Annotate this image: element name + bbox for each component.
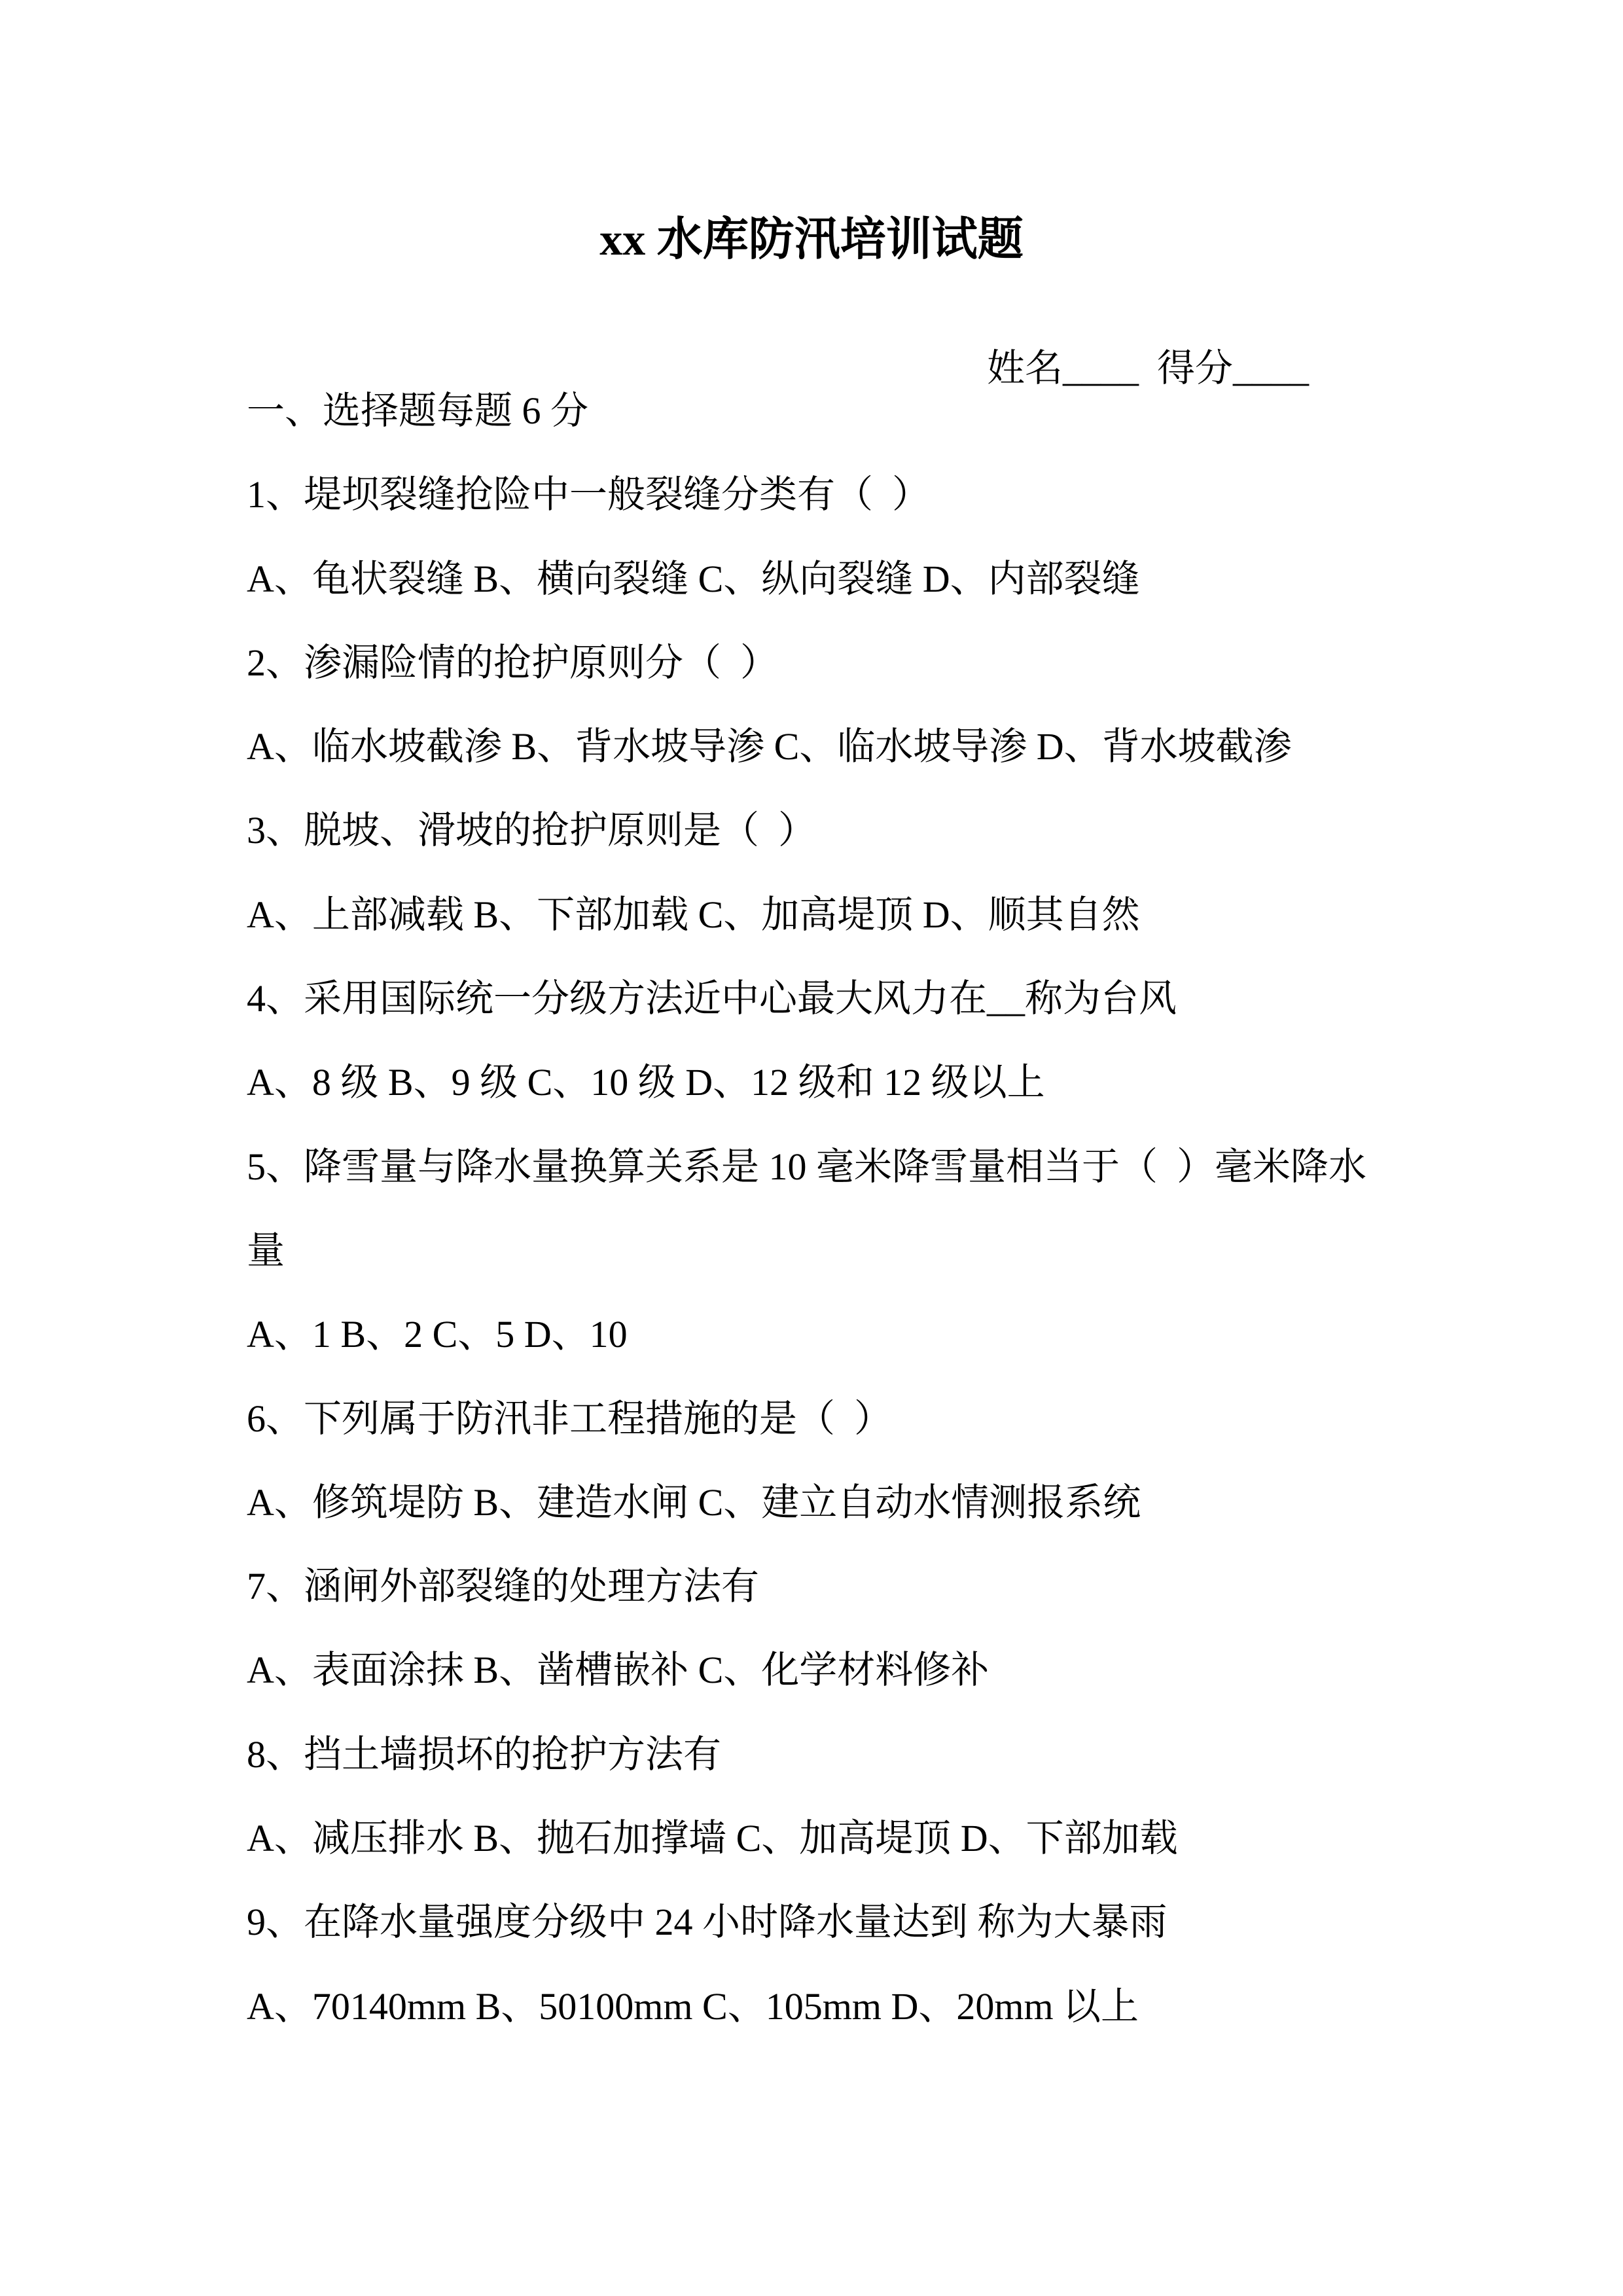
question-6-options: A、修筑堤防 B、建造水闸 C、建立自动水情测报系统	[247, 1461, 1399, 1545]
content-lines: 一、选择题每题 6 分 1、堤坝裂缝抢险中一般裂缝分类有（ ）A、龟状裂缝 B、…	[247, 369, 1399, 2049]
question-5-options: A、1 B、2 C、5 D、10	[247, 1293, 1399, 1376]
question-3-options: A、上部减载 B、下部加载 C、加高堤顶 D、顺其自然	[247, 873, 1399, 957]
question-9-options: A、70140mm B、50100mm C、105mm D、20mm 以上	[247, 1965, 1399, 2049]
question-8-stem: 8、挡土墙损坏的抢护方法有	[247, 1713, 1399, 1797]
question-2-options: A、临水坡截渗 B、背水坡导渗 C、临水坡导渗 D、背水坡截渗	[247, 705, 1399, 789]
question-4-stem: 4、采用国际统一分级方法近中心最大风力在__称为台风	[247, 957, 1399, 1041]
question-4-options: A、8 级 B、9 级 C、10 级 D、12 级和 12 级以上	[247, 1041, 1399, 1124]
question-6-stem: 6、下列属于防汛非工程措施的是（ ）	[247, 1377, 1399, 1461]
question-9-stem: 9、在降水量强度分级中 24 小时降水量达到 称为大暴雨	[247, 1880, 1399, 1964]
question-2-stem: 2、渗漏险情的抢护原则分（ ）	[247, 621, 1399, 705]
question-7-stem: 7、涵闸外部裂缝的处理方法有	[247, 1545, 1399, 1628]
question-3-stem: 3、脱坡、滑坡的抢护原则是（ ）	[247, 789, 1399, 872]
question-5-stem: 量	[247, 1209, 1399, 1293]
question-7-options: A、表面涂抹 B、凿槽嵌补 C、化学材料修补	[247, 1628, 1399, 1712]
question-5-stem: 5、降雪量与降水量换算关系是 10 毫米降雪量相当于（ ）毫米降水	[247, 1125, 1399, 1209]
question-8-options: A、减压排水 B、抛石加撑墙 C、加高堤顶 D、下部加载	[247, 1797, 1399, 1880]
exam-paper-page: xx 水库防汛培训试题 姓名____得分____ 一、选择题每题 6 分 1、堤…	[0, 0, 1623, 2296]
section-heading: 一、选择题每题 6 分	[247, 369, 1399, 453]
document-title: xx 水库防汛培训试题	[0, 214, 1623, 266]
question-1-stem: 1、堤坝裂缝抢险中一般裂缝分类有（ ）	[247, 453, 1399, 537]
question-1-options: A、龟状裂缝 B、横向裂缝 C、纵向裂缝 D、内部裂缝	[247, 537, 1399, 621]
